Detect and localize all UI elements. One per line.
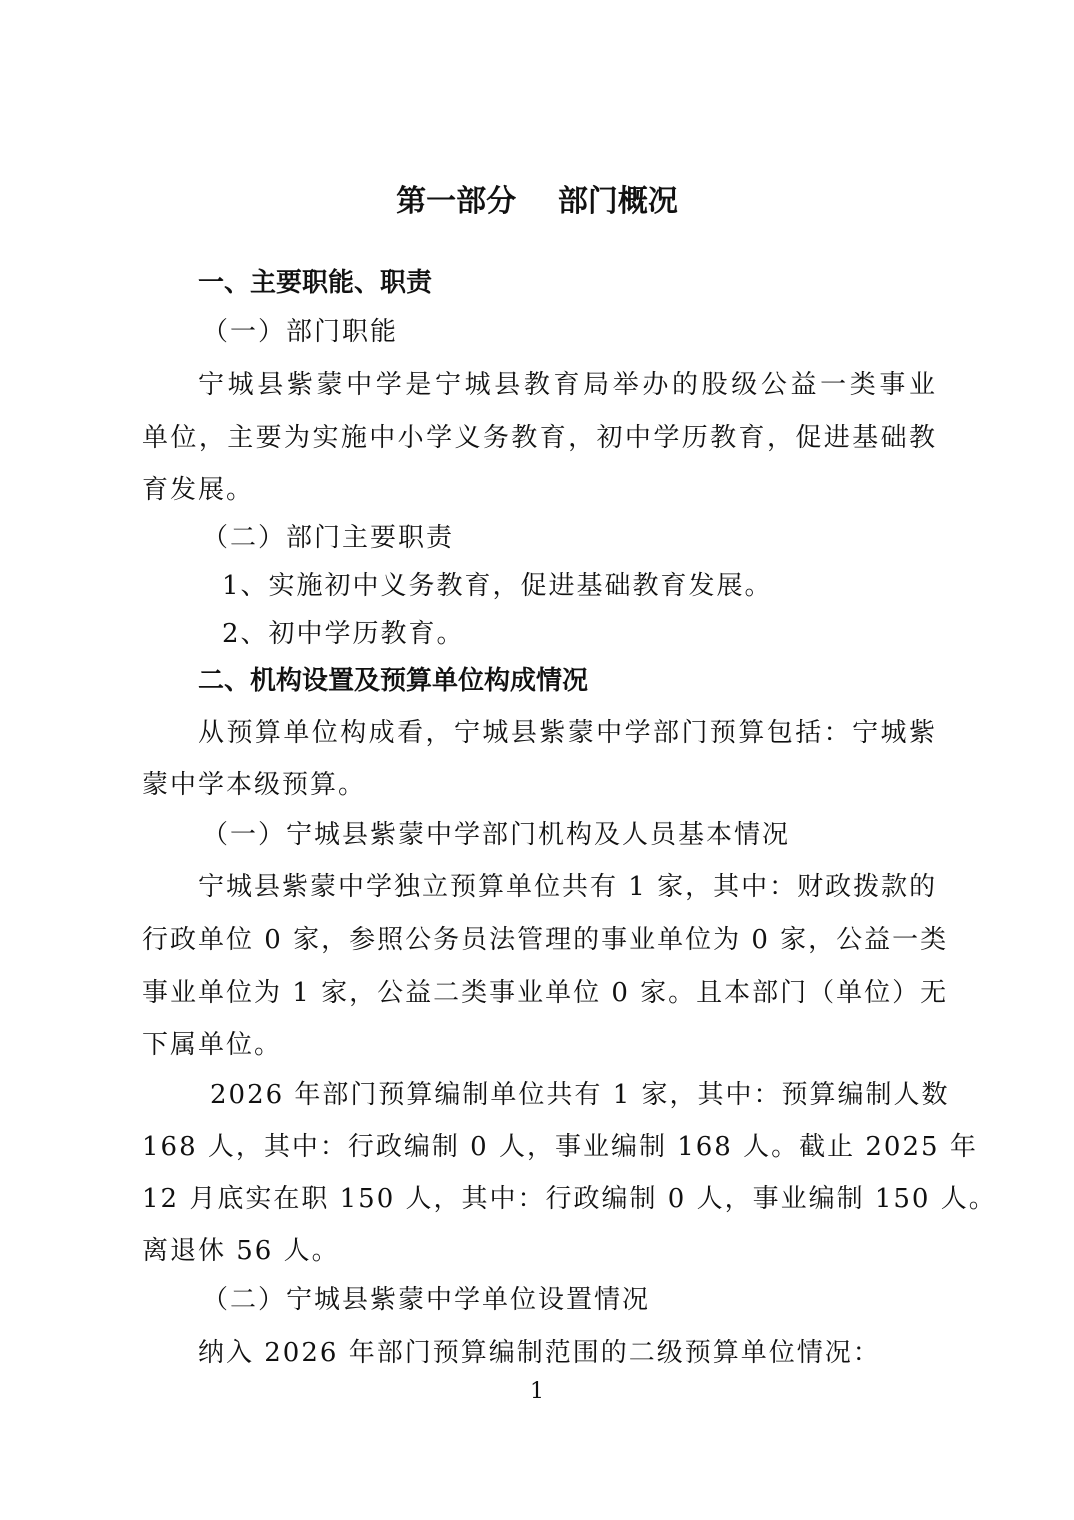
paragraph-line: 行政单位 0 家，参照公务员法管理的事业单位为 0 家，公益一类 (142, 925, 937, 955)
paragraph-line: 纳入 2026 年部门预算编制范围的二级预算单位情况： (198, 1338, 881, 1368)
section-heading-main-functions: 一、主要职能、职责 (198, 268, 432, 298)
paragraph-line: 2026 年部门预算编制单位共有 1 家，其中：预算编制人数 (142, 1080, 937, 1110)
subsection-heading-department-functions: （一）部门职能 (202, 317, 398, 347)
paragraph-line: 宁城县紫蒙中学是宁城县教育局举办的股级公益一类事业 (142, 370, 937, 400)
page-number: 1 (0, 1379, 1074, 1405)
section-heading-organization: 二、机构设置及预算单位构成情况 (198, 666, 588, 696)
page-title: 第一部分 部门概况 (0, 184, 1074, 220)
paragraph-line: 事业单位为 1 家，公益二类事业单位 0 家。且本部门（单位）无 (142, 978, 937, 1008)
paragraph-line: 从预算单位构成看，宁城县紫蒙中学部门预算包括：宁城紫 (142, 718, 937, 748)
paragraph-line: 蒙中学本级预算。 (142, 770, 366, 800)
paragraph-line: 单位，主要为实施中小学义务教育，初中学历教育，促进基础教 (142, 423, 937, 453)
paragraph-line: 168 人，其中：行政编制 0 人，事业编制 168 人。截止 2025 年 (142, 1132, 937, 1162)
paragraph-line: 12 月底实在职 150 人，其中：行政编制 0 人，事业编制 150 人。 (142, 1184, 937, 1214)
subsection-heading-unit-setup: （二）宁城县紫蒙中学单位设置情况 (202, 1285, 650, 1315)
paragraph-line: 离退休 56 人。 (142, 1236, 340, 1266)
list-item: 2、初中学历教育。 (222, 619, 465, 649)
document-page: 第一部分 部门概况 一、主要职能、职责 （一）部门职能 宁城县紫蒙中学是宁城县教… (0, 0, 1074, 1520)
paragraph-line: 育发展。 (142, 475, 254, 505)
paragraph-line: 宁城县紫蒙中学独立预算单位共有 1 家，其中：财政拨款的 (142, 872, 937, 902)
subsection-heading-main-duties: （二）部门主要职责 (202, 523, 454, 553)
paragraph-line: 下属单位。 (142, 1030, 282, 1060)
list-item: 1、实施初中义务教育，促进基础教育发展。 (222, 571, 773, 601)
subsection-heading-staff-info: （一）宁城县紫蒙中学部门机构及人员基本情况 (202, 820, 790, 850)
